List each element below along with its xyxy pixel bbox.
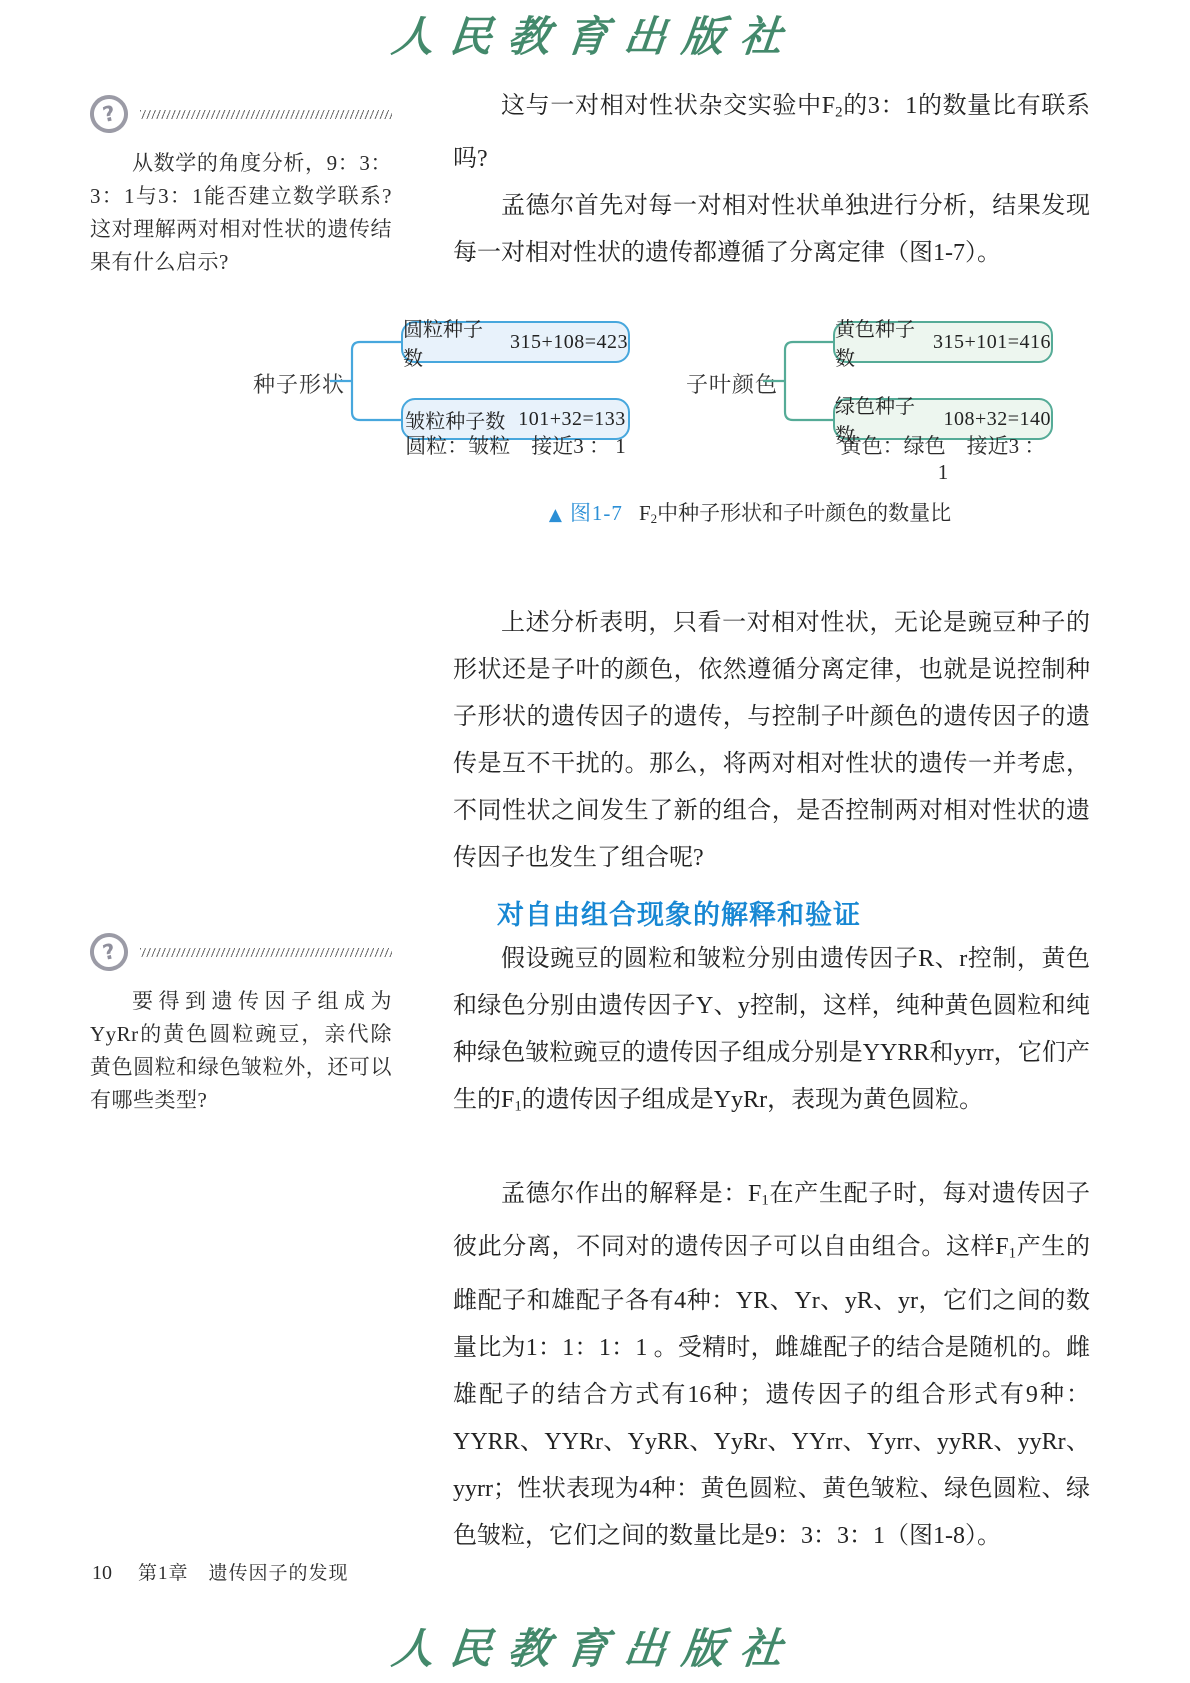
page-footer: 10 第1章 遗传因子的发现 bbox=[92, 1558, 349, 1585]
box-calc: 315+108=423 bbox=[510, 331, 628, 354]
margin-question-2: ? 要得到遗传因子组成为YyRr的黄色圆粒豌豆，亲代除黄色圆粒和绿色皱粒外，还可… bbox=[90, 933, 392, 1117]
figure-box-yellow-seeds: 黄色种子数315+101=416 bbox=[833, 321, 1053, 363]
paragraph-3: 上述分析表明，只看一对相对性状，无论是豌豆种子的形状还是子叶的颜色，依然遵循分离… bbox=[453, 600, 1090, 882]
subscript-1: 1 bbox=[514, 1098, 521, 1114]
margin-question-2-header: ? bbox=[90, 933, 392, 971]
figure-right-ratio: 黄色：绿色 接近3 ： 1 bbox=[833, 430, 1053, 485]
main-text-explain-1: 假设豌豆的圆粒和皱粒分别由遗传因子R、r控制，黄色和绿色分别由遗传因子Y、y控制… bbox=[453, 936, 1090, 1130]
box-name: 圆粒种子数 bbox=[403, 313, 497, 371]
question-swirl-icon: ? bbox=[86, 929, 131, 974]
publisher-logo-top: 人民教育出版社 bbox=[0, 16, 1190, 58]
paragraph-1-pre: 这与一对相对性状杂交实验中F bbox=[501, 93, 835, 119]
question-glyph: ? bbox=[101, 102, 117, 125]
chapter-title: 第1章 遗传因子的发现 bbox=[138, 1558, 349, 1585]
section-heading: 对自由组合现象的解释和验证 bbox=[497, 893, 861, 932]
question-swirl-icon: ? bbox=[86, 91, 131, 136]
main-text-top: 这与一对相对性状杂交实验中F2的3：1的数量比有联系吗? 孟德尔首先对每一对相对… bbox=[453, 83, 1090, 277]
bracket-line bbox=[330, 342, 401, 420]
bracket-line bbox=[763, 342, 833, 420]
question-glyph: ? bbox=[101, 940, 117, 963]
hatch-rule bbox=[140, 110, 392, 119]
paragraph-4-post: 的遗传因子组成是YyRr，表现为黄色圆粒。 bbox=[522, 1087, 983, 1113]
paragraph-2: 孟德尔首先对每一对相对性状单独进行分析，结果发现每一对相对性状的遗传都遵循了分离… bbox=[453, 183, 1090, 277]
paragraph-1: 这与一对相对性状杂交实验中F2的3：1的数量比有联系吗? bbox=[453, 83, 1090, 183]
margin-question-1: ? 从数学的角度分析，9：3：3：1与3：1能否建立数学联系? 这对理解两对相对… bbox=[90, 95, 392, 279]
figure-right-bracket bbox=[763, 336, 833, 426]
margin-question-1-header: ? bbox=[90, 95, 392, 133]
subscript-1: 1 bbox=[1009, 1246, 1016, 1262]
figure-left-ratio: 圆粒：皱粒 接近3 ： 1 bbox=[401, 430, 630, 460]
box-calc: 108+32=140 bbox=[943, 408, 1051, 431]
figure-number: 图1-7 bbox=[570, 501, 623, 525]
box-calc: 101+32=133 bbox=[518, 408, 626, 431]
margin-question-1-text: 从数学的角度分析，9：3：3：1与3：1能否建立数学联系? 这对理解两对相对性状… bbox=[90, 147, 392, 279]
subscript-1: 1 bbox=[761, 1192, 768, 1208]
figure-box-round-seeds: 圆粒种子数315+108=423 bbox=[401, 321, 630, 363]
margin-question-2-text: 要得到遗传因子组成为YyRr的黄色圆粒豌豆，亲代除黄色圆粒和绿色皱粒外，还可以有… bbox=[90, 985, 392, 1117]
triangle-icon: ▲ bbox=[549, 505, 562, 525]
paragraph-4: 假设豌豆的圆粒和皱粒分别由遗传因子R、r控制，黄色和绿色分别由遗传因子Y、y控制… bbox=[453, 936, 1090, 1130]
box-calc: 315+101=416 bbox=[933, 331, 1051, 354]
caption-pre: F bbox=[639, 501, 651, 525]
paragraph-5: 孟德尔作出的解释是：F1在产生配子时，每对遗传因子彼此分离，不同对的遗传因子可以… bbox=[453, 1171, 1090, 1560]
figure-left-bracket bbox=[330, 336, 401, 426]
page-number: 10 bbox=[92, 1562, 112, 1585]
caption-post: 中种子形状和子叶颜色的数量比 bbox=[657, 501, 951, 525]
figure-caption: ▲图1-7F2中种子形状和子叶颜色的数量比 bbox=[420, 497, 1080, 527]
box-name: 黄色种子数 bbox=[835, 313, 920, 371]
hatch-rule bbox=[140, 948, 392, 957]
main-text-explain-2: 孟德尔作出的解释是：F1在产生配子时，每对遗传因子彼此分离，不同对的遗传因子可以… bbox=[453, 1171, 1090, 1560]
subscript-2: 2 bbox=[835, 104, 842, 120]
paragraph-5-s1: 孟德尔作出的解释是：F bbox=[501, 1181, 761, 1207]
publisher-logo-bottom: 人民教育出版社 bbox=[0, 1628, 1190, 1670]
paragraph-5-s3: 产生的雌配子和雄配子各有4种：YR、Yr、yR、yr，它们之间的数量比为1：1：… bbox=[453, 1234, 1090, 1548]
main-text-middle: 上述分析表明，只看一对相对性状，无论是豌豆种子的形状还是子叶的颜色，依然遵循分离… bbox=[453, 600, 1090, 882]
